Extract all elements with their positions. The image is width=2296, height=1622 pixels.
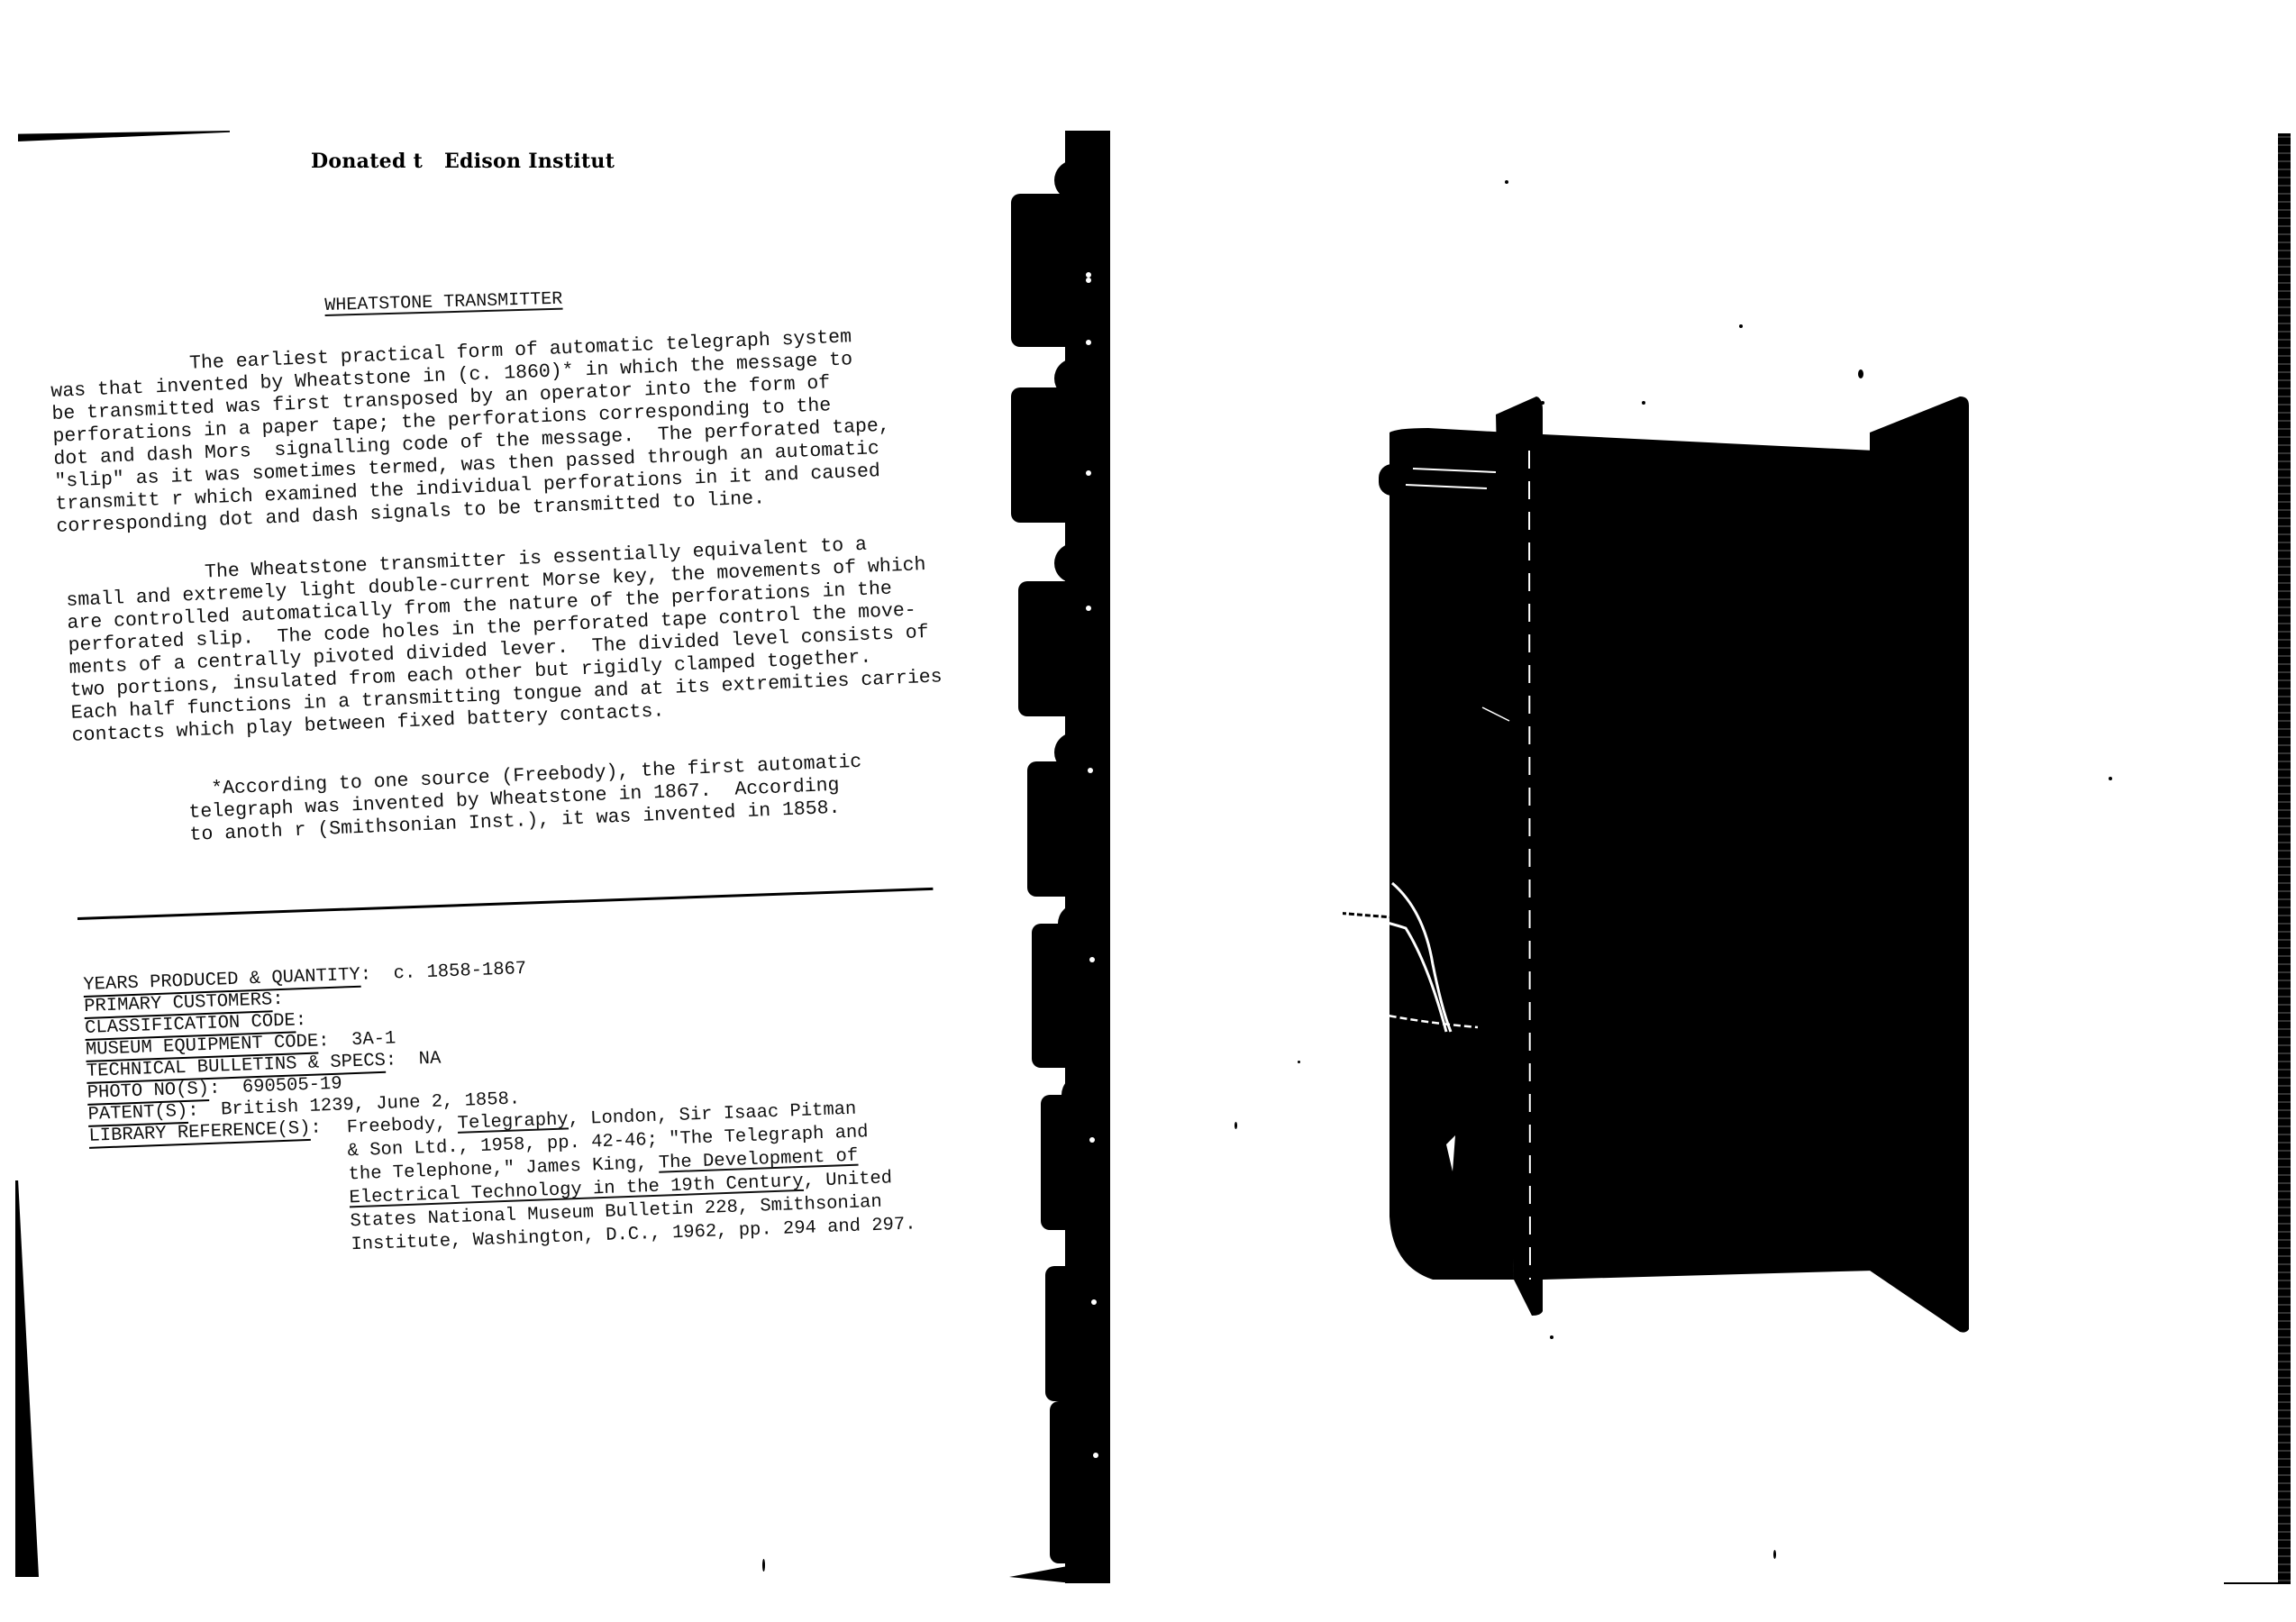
field-value: c. 1858-1867 xyxy=(393,959,526,984)
scan-speck xyxy=(2109,777,2112,780)
scan-edge-artifact xyxy=(15,1180,39,1577)
scan-speck xyxy=(1550,1335,1553,1339)
scan-speck xyxy=(1298,1061,1300,1063)
scan-speck xyxy=(1773,1550,1776,1559)
library-reference-text: Freebody, Telegraphy, London, Sir Isaac … xyxy=(346,1096,916,1257)
spiral-binding-icon xyxy=(1009,131,1135,1583)
scan-speck xyxy=(762,1559,765,1572)
scan-speck xyxy=(1235,1122,1237,1129)
field-value: 690505-19 xyxy=(242,1074,342,1098)
field-library-reference: LIBRARY REFERENCE(S): Freebody, Telegrap… xyxy=(88,1096,916,1266)
paragraph-1: The earliest practical form of automatic… xyxy=(50,325,893,539)
scan-speck xyxy=(1541,401,1544,405)
section-divider xyxy=(77,888,934,920)
scan-edge-artifact xyxy=(18,131,230,141)
scan-speck xyxy=(1858,369,1863,378)
catalog-fields: YEARS PRODUCED & QUANTITY: c. 1858-1867P… xyxy=(83,945,916,1267)
scan-speck xyxy=(1739,324,1743,328)
transmitter-photograph xyxy=(1343,378,2064,1352)
binding-spine xyxy=(1009,131,1135,1583)
transmitter-device-image xyxy=(1343,378,2064,1352)
scan-speck xyxy=(1505,180,1508,184)
field-value: 3A-1 xyxy=(351,1028,396,1051)
paragraph-2: The Wheatstone transmitter is essentiall… xyxy=(65,531,943,747)
reference-title: Telegraphy xyxy=(457,1109,569,1134)
page-edge-right xyxy=(2278,133,2291,1584)
donation-stamp: Donated t Edison Institut xyxy=(311,150,615,173)
document-title: WHEATSTONE TRANSMITTER xyxy=(324,289,563,316)
field-value: NA xyxy=(418,1049,441,1071)
scan-speck xyxy=(1642,401,1645,405)
scanned-page-spread: Donated t Edison Institut WHEATSTONE TRA… xyxy=(0,0,2296,1622)
footnote: *According to one source (Freebody), the… xyxy=(187,752,864,847)
